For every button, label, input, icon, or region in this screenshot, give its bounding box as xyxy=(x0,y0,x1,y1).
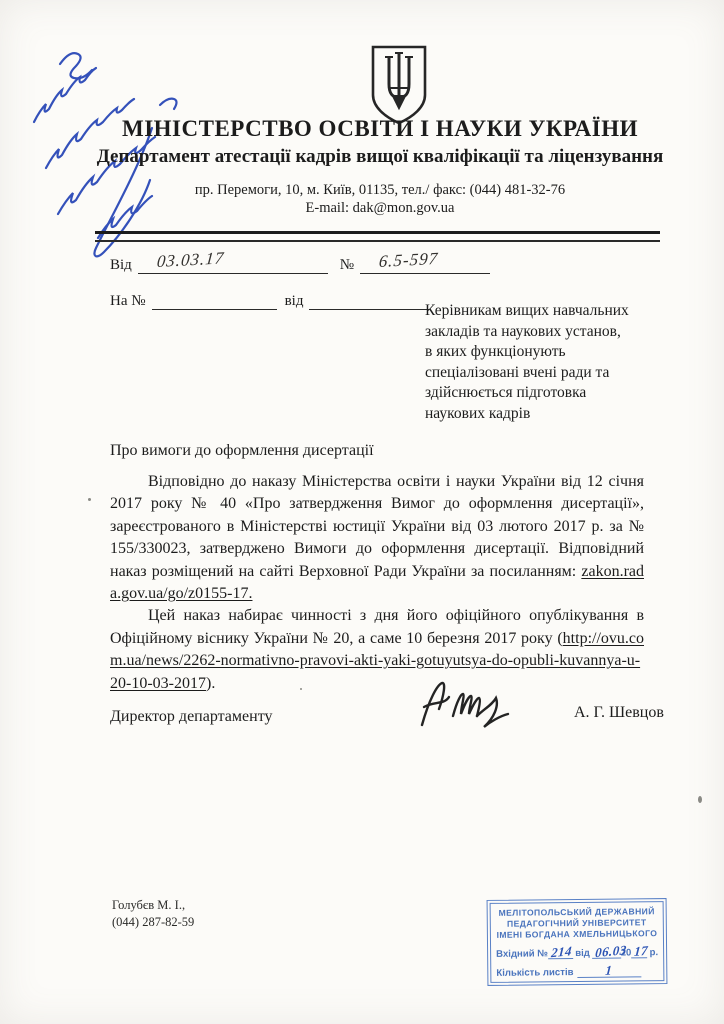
outgoing-reference-row: Від 03.03.17 № 6.5-597 xyxy=(110,252,490,274)
handwritten-incoming-number: 214 xyxy=(550,943,572,961)
paragraph-1: Відповідно до наказу Міністерства освіти… xyxy=(110,471,644,605)
stamp-org-line: ІМЕНІ БОГДАНА ХМЕЛЬНИЦЬКОГО xyxy=(496,928,658,941)
subject-line: Про вимоги до оформлення дисертації xyxy=(110,442,374,460)
handwritten-sheets-count: 1 xyxy=(605,962,613,979)
scan-speck xyxy=(88,498,91,501)
stamp-year-line: 17 xyxy=(631,945,647,958)
addressee-line: спеціалізовані вчені ради та xyxy=(425,363,705,384)
stamp-date-line: 06.03 xyxy=(592,946,621,959)
stamp-incoming-label: Вхідний № xyxy=(496,948,548,960)
from-label: Від xyxy=(110,257,138,274)
executor-name: Голубєв М. І., xyxy=(112,897,194,914)
addressee-line: в яких функціонують xyxy=(425,342,705,363)
handwritten-outgoing-date: 03.03.17 xyxy=(156,248,225,272)
stamp-incoming-row: Вхідний № 214 від 06.03 20 17 р. xyxy=(496,945,658,960)
addressee-line: закладів та наукових установ, xyxy=(425,322,705,343)
signer-title: Директор департаменту xyxy=(110,708,272,726)
stamp-inner-border: МЕЛІТОПОЛЬСЬКИЙ ДЕРЖАВНИЙ ПЕДАГОГІЧНИЙ У… xyxy=(490,901,665,983)
email-line: E-mail: dak@mon.gov.ua xyxy=(80,200,680,217)
executor-contact: Голубєв М. І., (044) 287-82-59 xyxy=(112,897,194,931)
letterhead: МІНІСТЕРСТВО ОСВІТИ І НАУКИ УКРАЇНИ Депа… xyxy=(80,116,680,217)
letter-body: Відповідно до наказу Міністерства освіти… xyxy=(110,471,644,695)
paragraph-1-text: Відповідно до наказу Міністерства освіти… xyxy=(110,473,644,580)
handwritten-stamp-year: 17 xyxy=(634,943,649,961)
addressee-line: наукових кадрів xyxy=(425,404,705,425)
postal-address: пр. Перемоги, 10, м. Київ, 01135, тел./ … xyxy=(80,182,680,199)
scan-speck xyxy=(698,796,702,803)
reply-from-label: від xyxy=(277,293,310,310)
outgoing-number-line: 6.5-597 xyxy=(360,253,490,274)
outgoing-date-line: 03.03.17 xyxy=(138,253,328,274)
addressee-line: здійснюється підготовка xyxy=(425,383,705,404)
stamp-sheets-row: Кількість листів 1 xyxy=(496,964,658,979)
signer-name: А. Г. Шевцов xyxy=(574,704,664,722)
executor-phone: (044) 287-82-59 xyxy=(112,914,194,931)
reply-label: На № xyxy=(110,293,152,310)
reply-number-line xyxy=(152,289,277,310)
paragraph-2-tail: ). xyxy=(206,675,215,692)
addressee-block: Керівникам вищих навчальних закладів та … xyxy=(425,301,705,424)
paragraph-2: Цей наказ набирає чинності з дня його оф… xyxy=(110,605,644,695)
handwritten-stamp-date: 06.03 xyxy=(594,942,627,961)
incoming-registration-stamp: МЕЛІТОПОЛЬСЬКИЙ ДЕРЖАВНИЙ ПЕДАГОГІЧНИЙ У… xyxy=(487,898,668,986)
scanned-letter-page: МІНІСТЕРСТВО ОСВІТИ І НАУКИ УКРАЇНИ Депа… xyxy=(0,0,724,1024)
stamp-sheets-line: 1 xyxy=(577,964,641,978)
director-signature xyxy=(416,678,531,730)
stamp-year-suffix: р. xyxy=(648,947,659,958)
stamp-sheets-label: Кількість листів xyxy=(496,967,573,979)
ukraine-trident-emblem xyxy=(366,44,432,126)
number-label: № xyxy=(328,257,360,274)
stamp-incoming-number-line: 214 xyxy=(548,946,573,959)
stamp-from-label: від xyxy=(573,948,592,959)
department-subtitle: Департамент атестації кадрів вищої квалі… xyxy=(80,146,680,168)
handwritten-outgoing-number: 6.5-597 xyxy=(378,249,439,272)
addressee-line: Керівникам вищих навчальних xyxy=(425,301,705,322)
header-divider xyxy=(95,231,660,242)
ministry-title: МІНІСТЕРСТВО ОСВІТИ І НАУКИ УКРАЇНИ xyxy=(80,116,680,142)
scan-speck xyxy=(300,688,302,690)
reply-date-line xyxy=(309,289,429,310)
